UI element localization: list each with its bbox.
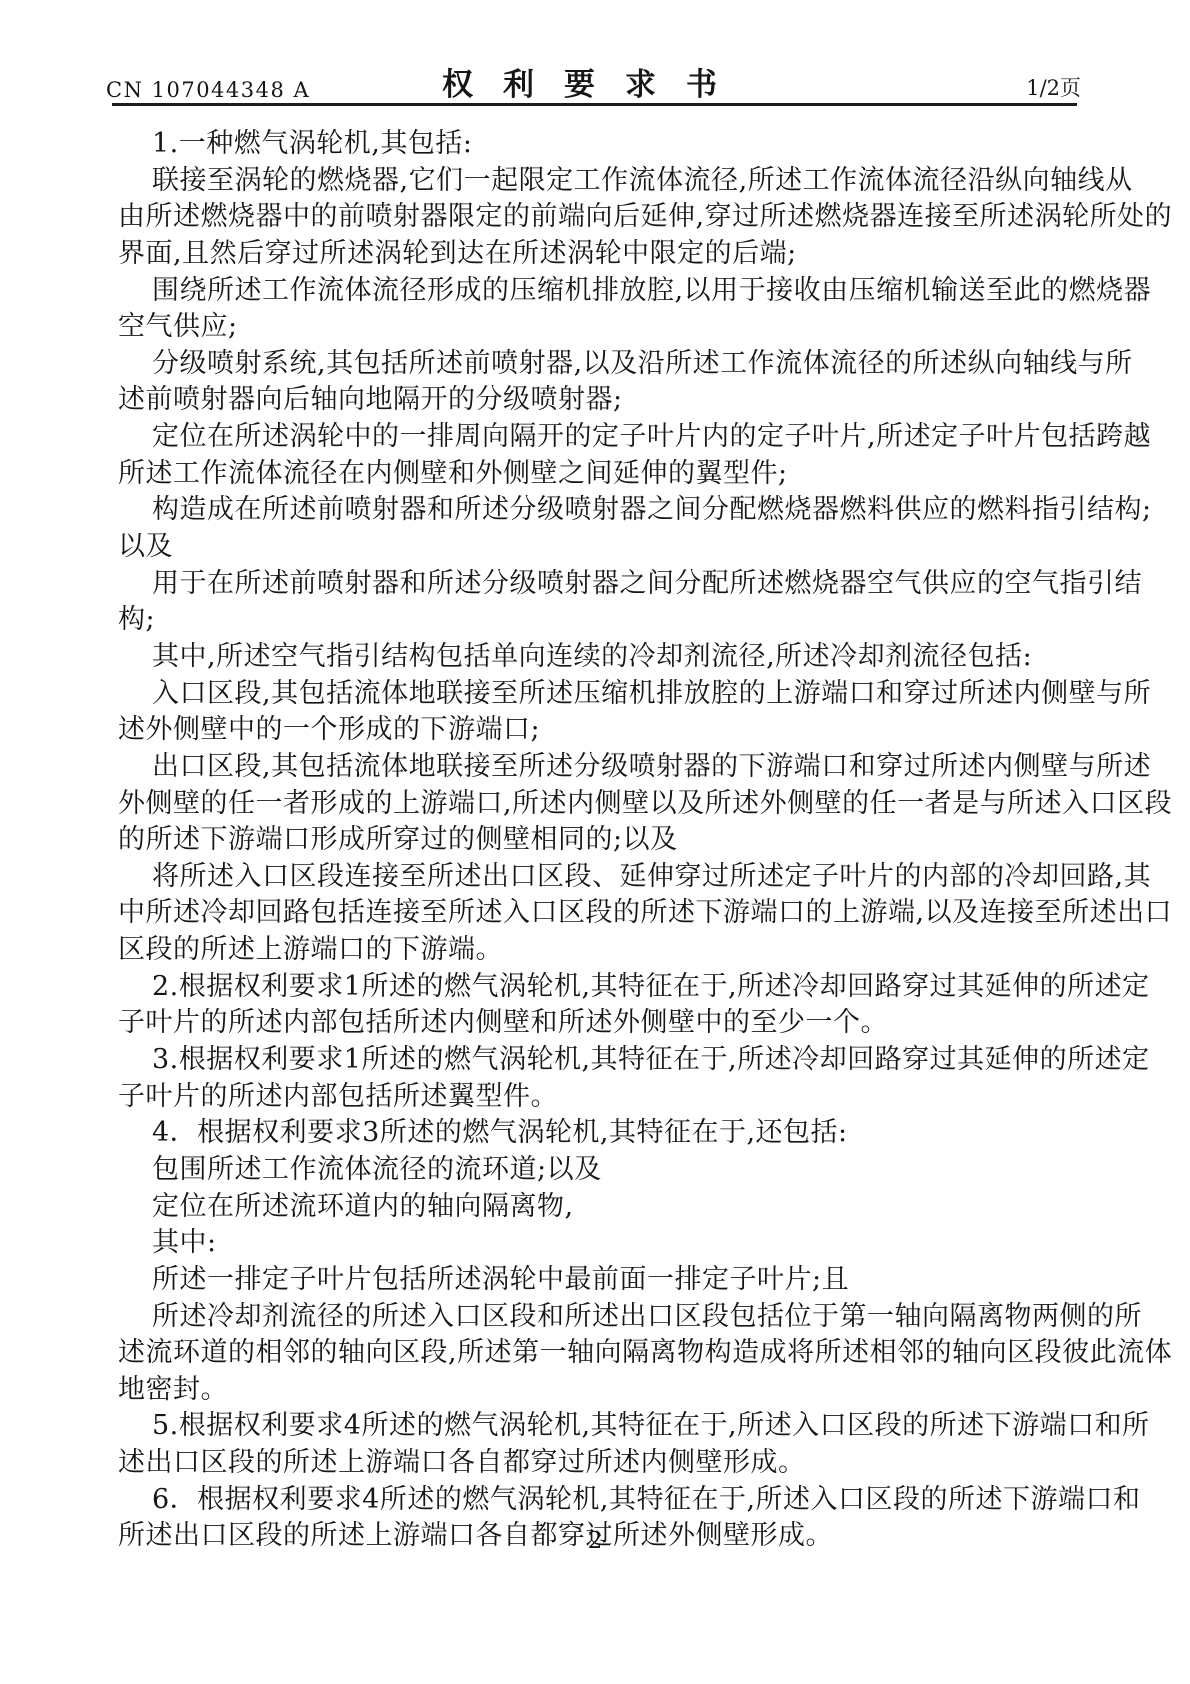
patent-number: CN 107044348 A — [106, 78, 310, 102]
claim-line: 子叶片的所述内部包括所述内侧壁和所述外侧壁中的至少一个。 — [118, 1005, 1076, 1042]
claim-line: 6．根据权利要求4所述的燃气涡轮机,其特征在于,所述入口区段的所述下游端口和 — [118, 1482, 1076, 1519]
claims-lines: 1.一种燃气涡轮机,其包括:联接至涡轮的燃烧器,它们一起限定工作流体流径,所述工… — [118, 126, 1076, 1555]
claim-line: 所述一排定子叶片包括所述涡轮中最前面一排定子叶片;且 — [118, 1262, 1076, 1299]
claim-line: 将所述入口区段连接至所述出口区段、延伸穿过所述定子叶片的内部的冷却回路,其 — [118, 859, 1076, 896]
claim-line: 地密封。 — [118, 1372, 1076, 1409]
claim-line: 入口区段,其包括流体地联接至所述压缩机排放腔的上游端口和穿过所述内侧壁与所 — [118, 676, 1076, 713]
page-header: CN 107044348 A 权利要求书 1/2页 — [112, 64, 1077, 104]
claim-line: 其中: — [118, 1225, 1076, 1262]
claim-line: 定位在所述流环道内的轴向隔离物, — [118, 1189, 1076, 1226]
claim-line: 中所述冷却回路包括连接至所述入口区段的所述下游端口的上游端,以及连接至所述出口 — [118, 895, 1076, 932]
claim-line: 3.根据权利要求1所述的燃气涡轮机,其特征在于,所述冷却回路穿过其延伸的所述定 — [118, 1042, 1076, 1079]
claim-line: 定位在所述涡轮中的一排周向隔开的定子叶片内的定子叶片,所述定子叶片包括跨越 — [118, 419, 1076, 456]
claim-line: 用于在所述前喷射器和所述分级喷射器之间分配所述燃烧器空气供应的空气指引结 — [118, 566, 1076, 603]
footer-page-number: 2 — [0, 1528, 1190, 1554]
claim-line: 包围所述工作流体流径的流环道;以及 — [118, 1152, 1076, 1189]
claim-line: 联接至涡轮的燃烧器,它们一起限定工作流体流径,所述工作流体流径沿纵向轴线从 — [118, 163, 1076, 200]
claim-line: 构造成在所述前喷射器和所述分级喷射器之间分配燃烧器燃料供应的燃料指引结构; — [118, 492, 1076, 529]
claim-line: 构; — [118, 602, 1076, 639]
claim-line: 2.根据权利要求1所述的燃气涡轮机,其特征在于,所述冷却回路穿过其延伸的所述定 — [118, 969, 1076, 1006]
claim-line: 述出口区段的所述上游端口各自都穿过所述内侧壁形成。 — [118, 1445, 1076, 1482]
claim-line: 5.根据权利要求4所述的燃气涡轮机,其特征在于,所述入口区段的所述下游端口和所 — [118, 1408, 1076, 1445]
claim-line: 分级喷射系统,其包括所述前喷射器,以及沿所述工作流体流径的所述纵向轴线与所 — [118, 346, 1076, 383]
claim-line: 4．根据权利要求3所述的燃气涡轮机,其特征在于,还包括: — [118, 1115, 1076, 1152]
claim-line: 所述冷却剂流径的所述入口区段和所述出口区段包括位于第一轴向隔离物两侧的所 — [118, 1299, 1076, 1336]
claim-line: 的所述下游端口形成所穿过的侧壁相同的;以及 — [118, 822, 1076, 859]
claim-line: 1.一种燃气涡轮机,其包括: — [118, 126, 1076, 163]
claim-line: 围绕所述工作流体流径形成的压缩机排放腔,以用于接收由压缩机输送至此的燃烧器 — [118, 273, 1076, 310]
claim-line: 其中,所述空气指引结构包括单向连续的冷却剂流径,所述冷却剂流径包括: — [118, 639, 1076, 676]
claim-line: 外侧壁的任一者形成的上游端口,所述内侧壁以及所述外侧壁的任一者是与所述入口区段 — [118, 786, 1076, 823]
page-indicator: 1/2页 — [1026, 72, 1081, 102]
claim-line: 以及 — [118, 529, 1076, 566]
document-title: 权利要求书 — [442, 59, 747, 104]
patent-claims-page: CN 107044348 A 权利要求书 1/2页 1.一种燃气涡轮机,其包括:… — [0, 0, 1190, 1684]
claim-line: 界面,且然后穿过所述涡轮到达在所述涡轮中限定的后端; — [118, 236, 1076, 273]
header-rule — [112, 103, 1077, 106]
claim-line: 区段的所述上游端口的下游端。 — [118, 932, 1076, 969]
claim-line: 述流环道的相邻的轴向区段,所述第一轴向隔离物构造成将所述相邻的轴向区段彼此流体 — [118, 1335, 1076, 1372]
claim-line: 子叶片的所述内部包括所述翼型件。 — [118, 1079, 1076, 1116]
claim-line: 出口区段,其包括流体地联接至所述分级喷射器的下游端口和穿过所述内侧壁与所述 — [118, 749, 1076, 786]
claim-line: 空气供应; — [118, 309, 1076, 346]
claim-line: 述前喷射器向后轴向地隔开的分级喷射器; — [118, 382, 1076, 419]
claim-line: 所述工作流体流径在内侧壁和外侧壁之间延伸的翼型件; — [118, 456, 1076, 493]
claims-section: 1.一种燃气涡轮机,其包括:联接至涡轮的燃烧器,它们一起限定工作流体流径,所述工… — [118, 126, 1076, 1555]
claim-line: 由所述燃烧器中的前喷射器限定的前端向后延伸,穿过所述燃烧器连接至所述涡轮所处的 — [118, 199, 1076, 236]
claim-line: 述外侧壁中的一个形成的下游端口; — [118, 712, 1076, 749]
